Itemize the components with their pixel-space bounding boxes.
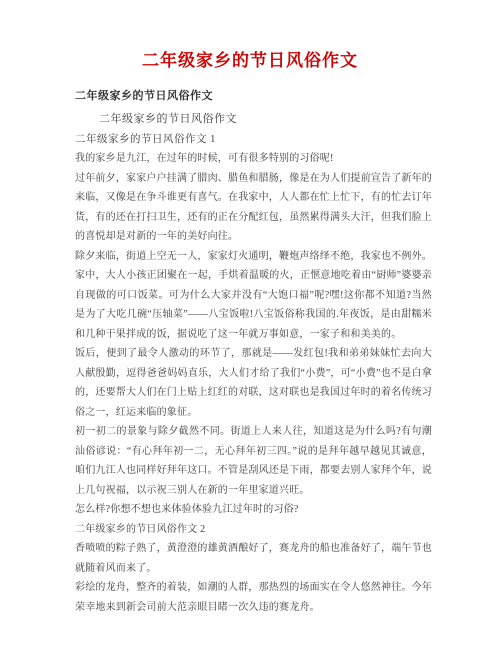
section-1-heading: 二年级家乡的节日风俗作文 1 — [75, 131, 432, 149]
section-1-paragraph-2: 过年前夕，家家户户挂满了腊肉、腊鱼和腊肠，像是在为人们提前宣告了新年的来临，又像… — [75, 169, 432, 247]
section-2-heading: 二年级家乡的节日风俗作文 2 — [75, 520, 432, 540]
document-heading-bold: 二年级家乡的节日风俗作文 — [75, 88, 432, 104]
document-title: 二年级家乡的节日风俗作文 — [0, 50, 500, 72]
section-1-paragraph-6: 怎么样?你想不想也来体验体验九江过年时的习俗? — [75, 500, 432, 520]
section-2-paragraph-1: 香喷喷的粽子熟了，黄澄澄的雄黄酒酿好了，赛龙舟的船也准备好了，端午节也就随着风而… — [75, 539, 432, 578]
section-2-paragraph-2: 彩绘的龙舟，整齐的着装，如潮的人群，那热烈的场面实在令人悠然神往。今年荣幸地来到… — [75, 578, 432, 617]
section-1-paragraph-3: 除夕来临，街道上空无一人，家家灯火通明，鞭炮声络绎不绝，我家也不例外。家中，大人… — [75, 247, 432, 345]
section-1-paragraph-5: 初一初二的景象与除夕截然不同。街道上人来人往，知道这是为什么吗?有句潮汕俗谚说：… — [75, 422, 432, 500]
document-heading-indented: 二年级家乡的节日风俗作文 — [75, 111, 432, 127]
section-1-paragraph-1: 我的家乡是九江，在过年的时候，可有很多特别的习俗呢! — [75, 149, 432, 169]
document-page: 二年级家乡的节日风俗作文 二年级家乡的节日风俗作文 二年级家乡的节日风俗作文 二… — [0, 0, 500, 647]
section-1-paragraph-4: 饭后，便到了最令人激动的环节了，那就是——发红包!我和弟弟妹妹忙去向大人献殷勤，… — [75, 344, 432, 422]
